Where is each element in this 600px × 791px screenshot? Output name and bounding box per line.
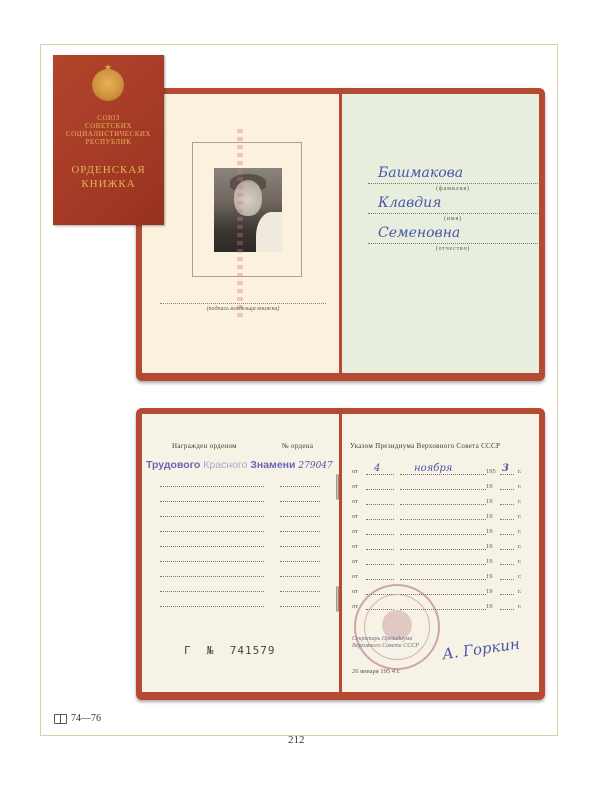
page-photo: (подпись владельца книжки) — [142, 94, 339, 373]
patronymic-caption: (отчество) — [368, 246, 538, 252]
patronymic-value: Семеновна — [378, 225, 460, 241]
catalog-reference: 74—76 — [54, 713, 101, 724]
page-number: 212 — [288, 734, 305, 746]
page-awards: Награжден орденом № ордена Трудового Кра… — [142, 414, 339, 692]
signature-line — [160, 303, 326, 304]
decree-year: 3 — [502, 463, 509, 474]
cover-text: СОЮЗ — [53, 115, 164, 122]
award-order-line — [160, 576, 264, 577]
award-number-line — [280, 531, 320, 532]
booklet-spread-owner: (подпись владельца книжки) Башмакова (фа… — [136, 88, 545, 381]
order-stamp: Трудового Красного Знамени 279047 — [146, 459, 333, 471]
surname-field: Башмакова — [368, 164, 538, 184]
award-number-line — [280, 606, 320, 607]
award-order-line — [160, 591, 264, 592]
decree-day: 4 — [374, 463, 380, 474]
award-number-line — [280, 591, 320, 592]
name-value: Клавдия — [378, 195, 441, 211]
book-icon — [54, 714, 67, 724]
issue-date: 26 января 195 4 г. — [352, 668, 532, 680]
staple — [336, 474, 339, 500]
signature-caption: (подпись владельца книжки) — [160, 306, 326, 312]
photo-frame — [192, 142, 302, 277]
decree-row: от19г. — [352, 509, 532, 521]
booklet-cover: СОЮЗ СОВЕТСКИХ СОЦИАЛИСТИЧЕСКИХ РЕСПУБЛИ… — [53, 55, 164, 225]
decree-row: от19г. — [352, 494, 532, 506]
header-order-number: № ордена — [282, 442, 313, 450]
ussr-coat-of-arms-icon — [92, 69, 124, 101]
award-order-line — [160, 531, 264, 532]
surname-value: Башмакова — [378, 165, 463, 181]
award-order-line — [160, 546, 264, 547]
patronymic-field: Семеновна — [368, 224, 538, 244]
award-order-line — [160, 561, 264, 562]
award-number-line — [280, 486, 320, 487]
cover-title: КНИЖКА — [53, 179, 164, 190]
decree-month: ноября — [414, 463, 452, 474]
surname-caption: (фамилия) — [368, 186, 538, 192]
cover-text: РЕСПУБЛИК — [53, 139, 164, 146]
name-caption: (имя) — [368, 216, 538, 222]
award-number-line — [280, 546, 320, 547]
secretary-title: Секретарь Президиума Верховного Совета С… — [352, 636, 419, 649]
decree-row: от195г.4ноября3 — [352, 464, 532, 476]
header-decree: Указом Президиума Верховного Совета СССР — [350, 442, 500, 450]
secretary-signature: А. Горкин — [441, 635, 521, 664]
decree-row: от19г. — [352, 554, 532, 566]
award-order-line — [160, 516, 264, 517]
owner-photo — [214, 168, 282, 252]
official-seal-icon — [354, 584, 440, 670]
page-decrees: Указом Президиума Верховного Совета СССР… — [342, 414, 539, 692]
decree-row: от19г. — [352, 524, 532, 536]
name-field: Клавдия — [368, 193, 538, 214]
award-number-line — [280, 501, 320, 502]
cover-text: СОЦИАЛИСТИЧЕСКИХ — [53, 131, 164, 138]
decree-row: от19г. — [352, 569, 532, 581]
order-number: 279047 — [298, 461, 332, 471]
booklet-spread-awards: Награжден орденом № ордена Трудового Кра… — [136, 408, 545, 700]
award-order-line — [160, 501, 264, 502]
header-order: Награжден орденом — [172, 442, 237, 450]
booklet-serial: Г № 741579 — [184, 644, 276, 657]
award-order-line — [160, 606, 264, 607]
decree-row: от19г. — [352, 539, 532, 551]
cover-title: ОРДЕНСКАЯ — [53, 165, 164, 176]
award-number-line — [280, 576, 320, 577]
staple — [336, 586, 339, 612]
stamp-trace — [237, 129, 243, 319]
award-number-line — [280, 516, 320, 517]
award-number-line — [280, 561, 320, 562]
page-owner-details: Башмакова (фамилия) Клавдия (имя) Семено… — [342, 94, 539, 373]
cover-text: СОВЕТСКИХ — [53, 123, 164, 130]
decree-row: от19г. — [352, 479, 532, 491]
award-order-line — [160, 486, 264, 487]
